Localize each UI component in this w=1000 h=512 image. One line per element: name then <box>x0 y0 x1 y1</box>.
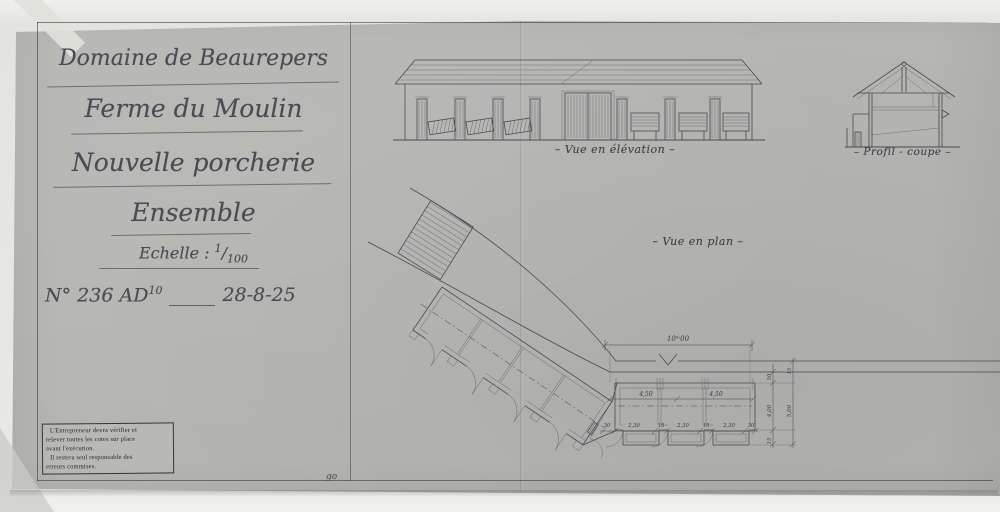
dim-right-inner-1: 4,00 <box>767 404 773 418</box>
elevation-feed-troughs <box>428 118 532 135</box>
dim-bottom-0: 30 <box>604 423 611 429</box>
plan-ramp <box>398 200 473 279</box>
plan-wing-horizontal <box>606 378 755 447</box>
dim-bottom-5: 2,30 <box>722 423 735 429</box>
title-project: Nouvelle porcherie <box>37 148 350 177</box>
dim-bay-right: 4,50 <box>708 391 723 398</box>
dim-right-outer-1: 5,00 <box>787 404 793 417</box>
dim-overall-width: 10ᵐ00 <box>667 335 690 343</box>
title-block-separator <box>350 22 351 481</box>
elevation-central-door <box>562 91 614 140</box>
border-bottom <box>37 480 993 481</box>
dim-right-outer-0: 15 <box>787 368 793 375</box>
dim-bottom-2: 15 <box>658 423 665 429</box>
scale-label: Echelle : 1/100 <box>37 242 350 266</box>
dim-bay-left: 4,50 <box>638 391 653 398</box>
scanned-drawing-sheet: Domaine de Beaurepers Ferme du Moulin No… <box>0 0 1000 512</box>
elevation-roof <box>395 60 762 84</box>
plan-dimensions: 10ᵐ00 4,50 4,50 30 2,30 15 2,30 15 2,30 … <box>600 335 796 448</box>
profile-walls <box>845 93 960 147</box>
dim-bottom-6: 30 <box>748 423 755 429</box>
dim-right-inner-2: 15 <box>767 438 773 445</box>
profile-annex <box>847 114 869 147</box>
elevation-drawing <box>393 52 765 157</box>
elevation-mangers <box>631 113 749 140</box>
title-sheet: Ensemble <box>37 198 350 227</box>
reference-line: N° 236 AD10 28-8-25 <box>37 284 358 306</box>
title-farm: Ferme du Moulin <box>37 94 350 123</box>
dim-bottom-4: 15 <box>703 423 710 429</box>
plan-caption: – Vue en plan – <box>618 235 778 248</box>
scale-denominator: 100 <box>227 253 248 266</box>
elevation-caption: – Vue en élévation – <box>535 143 695 156</box>
plan-drawing: 10ᵐ00 4,50 4,50 30 2,30 15 2,30 15 2,30 … <box>360 168 1000 478</box>
gate-symbol <box>659 354 677 365</box>
paper-edge-shadow <box>10 490 998 497</box>
reference-number: N° 236 AD10 <box>45 284 162 306</box>
dim-bottom-1: 2,30 <box>627 423 640 429</box>
page-mark: go <box>326 472 337 482</box>
dim-right-inner-0: 50 <box>767 373 773 380</box>
stamp-line: erreurs commises. <box>46 462 170 472</box>
title-estate: Domaine de Beaurepers <box>37 46 350 71</box>
contractor-stamp: L'Entrepreneur devra vérifier et relever… <box>42 422 174 475</box>
scale-numerator: 1 <box>215 242 222 255</box>
underline <box>99 268 259 269</box>
plan-road <box>368 188 1000 372</box>
plan-junction <box>583 383 617 459</box>
drawing-date: 28-8-25 <box>222 284 295 306</box>
profile-caption: – Profil - coupe – <box>845 146 960 158</box>
profile-section-drawing <box>845 50 960 160</box>
scale-prefix: Echelle : <box>139 243 210 262</box>
dim-bottom-3: 2,30 <box>676 423 689 429</box>
plan-wing-diagonal <box>395 283 618 466</box>
profile-roof-truss <box>853 62 955 99</box>
border-top <box>37 22 987 23</box>
reference-dash <box>169 295 215 306</box>
